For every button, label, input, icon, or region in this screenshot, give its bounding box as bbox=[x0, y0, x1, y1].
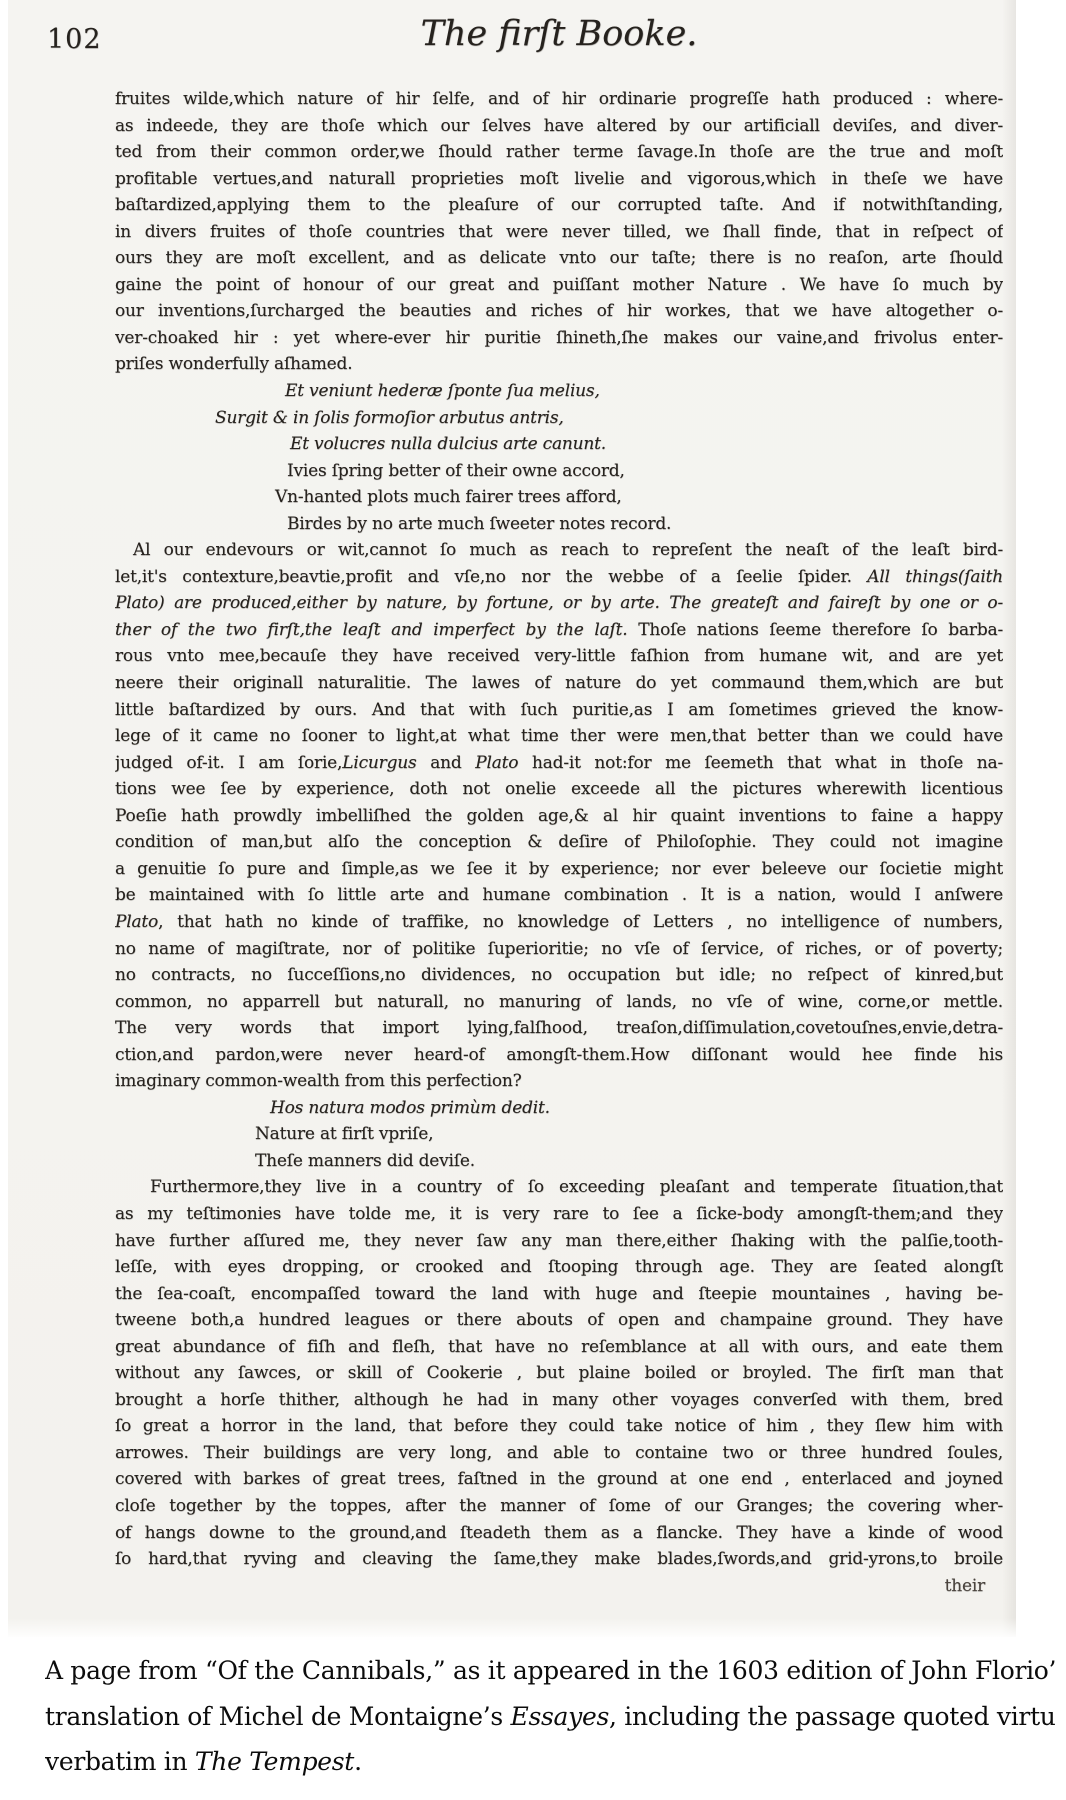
text-line: ther of the two firſt,the leaſt and impe… bbox=[115, 617, 1003, 644]
italic-text: Et volucres nulla dulcius arte canunt. bbox=[290, 434, 606, 454]
text-line: our inventions,ſurcharged the beauties a… bbox=[115, 298, 1003, 325]
roman-text: without any ſawces, or skill of Cookerie… bbox=[115, 1363, 1003, 1383]
text-line: common, no apparrell but naturall, no ma… bbox=[115, 989, 1003, 1016]
text-line: let,it's contexture,beavtie,profit and v… bbox=[115, 564, 1003, 591]
text-line: translation of Michel de Montaigne’s Ess… bbox=[45, 1694, 1055, 1740]
roman-text: of hangs downe to the ground,and ſteadet… bbox=[115, 1523, 1003, 1543]
text-line: ours they are moſt excellent, and as del… bbox=[115, 245, 1003, 272]
roman-text: The very words that import lying,falſhoo… bbox=[115, 1018, 1003, 1038]
italic-text: Plato bbox=[115, 912, 158, 932]
roman-text: as indeede, they are thoſe which our ſel… bbox=[115, 116, 1003, 136]
roman-text: the ſea-coaſt, encompaſſed toward the la… bbox=[115, 1284, 1003, 1304]
roman-text: ted from their common order,we ſhould ra… bbox=[115, 142, 1003, 162]
text-line: Plato) are produced,either by nature, by… bbox=[115, 590, 1003, 617]
roman-text: Poeſie hath prowdly imbelliſhed the gold… bbox=[115, 806, 1003, 826]
roman-text: no name of magiſtrate, nor of politike ſ… bbox=[115, 939, 1003, 959]
roman-text: cloſe together by the toppes, after the … bbox=[115, 1496, 1003, 1516]
text-line: Et volucres nulla dulcius arte canunt. bbox=[115, 431, 1003, 458]
text-line: of hangs downe to the ground,and ſteadet… bbox=[115, 1520, 1003, 1547]
text-line: ſo hard,that ryving and cleaving the ſam… bbox=[115, 1546, 1003, 1573]
italic-text: Licurgus bbox=[342, 753, 416, 773]
text-line: have further aſſured me, they never ſaw … bbox=[115, 1228, 1003, 1255]
roman-text: fruites wilde,which nature of hir ſelfe,… bbox=[115, 89, 1003, 109]
roman-text: Thoſe nations ſeeme therefore ſo barba- bbox=[627, 620, 1003, 640]
roman-text: neere their originall naturalitie. The l… bbox=[115, 673, 1003, 693]
text-line: judged of-it. I am ſorie,Licurgus and Pl… bbox=[115, 750, 1003, 777]
roman-text: profitable vertues,and naturall propriet… bbox=[115, 169, 1003, 189]
text-line: leſſe, with eyes dropping, or crooked an… bbox=[115, 1254, 1003, 1281]
roman-text: as my teſtimonies have tolde me, it is v… bbox=[115, 1204, 1003, 1224]
text-line: Hos natura modos primùm dedit. bbox=[115, 1095, 1003, 1122]
italic-text: Surgit & in ſolis formoſior arbutus antr… bbox=[215, 408, 564, 428]
italic-text: Plato bbox=[475, 753, 518, 773]
roman-text: , that hath no kinde of traffike, no kno… bbox=[158, 912, 1003, 932]
roman-text: arrowes. Their buildings are very long, … bbox=[115, 1443, 1003, 1463]
roman-text: Theſe manners did deviſe. bbox=[255, 1151, 475, 1171]
text-line: be maintained with ſo little arte and hu… bbox=[115, 882, 1003, 909]
text-line: Al our endevours or wit,cannot ſo much a… bbox=[115, 537, 1003, 564]
text-line: Et veniunt hederæ ſponte ſua melius, bbox=[115, 378, 1003, 405]
roman-text: imaginary common-wealth from this perfec… bbox=[115, 1071, 522, 1091]
text-line: Theſe manners did deviſe. bbox=[115, 1148, 1003, 1175]
text-line: no contracts, no ſucceſſions,no dividenc… bbox=[115, 962, 1003, 989]
roman-text: little baſtardized by ours. And that wit… bbox=[115, 700, 1003, 720]
roman-text: Al our endevours or wit,cannot ſo much a… bbox=[133, 540, 1003, 560]
text-line: The very words that import lying,falſhoo… bbox=[115, 1015, 1003, 1042]
text-line: condition of man,but alſo the conception… bbox=[115, 829, 1003, 856]
roman-text: Nature at firſt vpriſe, bbox=[255, 1124, 433, 1144]
roman-text: let,it's contexture,beavtie,profit and v… bbox=[115, 567, 867, 587]
text-line: as my teſtimonies have tolde me, it is v… bbox=[115, 1201, 1003, 1228]
text-line: covered with barkes of great trees, faſt… bbox=[115, 1466, 1003, 1493]
text-line: brought a horſe thither, although he had… bbox=[115, 1387, 1003, 1414]
italic-text: Plato) are produced,either by nature, by… bbox=[115, 593, 1003, 613]
roman-text: Vn-hanted plots much fairer trees afford… bbox=[275, 487, 622, 507]
text-line: in divers fruites of thoſe countries tha… bbox=[115, 219, 1003, 246]
caption: A page from “Of the Cannibals,” as it ap… bbox=[45, 1648, 1055, 1785]
roman-text: condition of man,but alſo the conception… bbox=[115, 832, 1003, 852]
roman-text: gaine the point of honour of our great a… bbox=[115, 275, 1003, 295]
text-line: imaginary common-wealth from this perfec… bbox=[115, 1068, 1003, 1095]
roman-text: ours they are moſt excellent, and as del… bbox=[115, 248, 1003, 268]
roman-text: Furthermore,they live in a country of ſo… bbox=[150, 1177, 1003, 1197]
text-line: great abundance of fiſh and fleſh, that … bbox=[115, 1334, 1003, 1361]
text-line: lege of it came no ſooner to light,at wh… bbox=[115, 723, 1003, 750]
roman-text: Ivies ſpring better of their owne accord… bbox=[287, 461, 625, 481]
text-line: without any ſawces, or skill of Cookerie… bbox=[115, 1360, 1003, 1387]
italic-text: ther of the two firſt,the leaſt and impe… bbox=[115, 620, 627, 640]
text-line: as indeede, they are thoſe which our ſel… bbox=[115, 113, 1003, 140]
text-line: cloſe together by the toppes, after the … bbox=[115, 1493, 1003, 1520]
italic-text: Et veniunt hederæ ſponte ſua melius, bbox=[285, 381, 600, 401]
roman-text: our inventions,ſurcharged the beauties a… bbox=[115, 301, 1003, 321]
roman-text: tions wee ſee by experience, doth not on… bbox=[115, 779, 1003, 799]
text-line: neere their originall naturalitie. The l… bbox=[115, 670, 1003, 697]
roman-text: Birdes by no arte much ſweeter notes rec… bbox=[287, 514, 671, 534]
roman-text: and bbox=[417, 753, 476, 773]
text-line: a genuitie ſo pure and ſimple,as we ſee … bbox=[115, 856, 1003, 883]
text-line: verbatim in The Tempest. bbox=[45, 1739, 1055, 1785]
text-line: rous vnto mee,becauſe they have received… bbox=[115, 643, 1003, 670]
roman-text: common, no apparrell but naturall, no ma… bbox=[115, 992, 1003, 1012]
roman-text: rous vnto mee,becauſe they have received… bbox=[115, 646, 1003, 666]
roman-text: judged of-it. I am ſorie, bbox=[115, 753, 342, 773]
text-line: Poeſie hath prowdly imbelliſhed the gold… bbox=[115, 803, 1003, 830]
italic-text: All things(ſaith bbox=[867, 567, 1003, 587]
catchword: their bbox=[115, 1573, 1003, 1600]
roman-text: no contracts, no ſucceſſions,no dividenc… bbox=[115, 965, 1003, 985]
text-line: no name of magiſtrate, nor of politike ſ… bbox=[115, 936, 1003, 963]
roman-text: have further aſſured me, they never ſaw … bbox=[115, 1231, 1003, 1251]
roman-text: a genuitie ſo pure and ſimple,as we ſee … bbox=[115, 859, 1003, 879]
italic-text: Essayes bbox=[511, 1702, 609, 1731]
running-title: The firſt Booke. bbox=[115, 14, 1003, 54]
text-line: Nature at firſt vpriſe, bbox=[115, 1121, 1003, 1148]
text-line: Vn-hanted plots much fairer trees afford… bbox=[115, 484, 1003, 511]
text-line: ver-choaked hir : yet where-ever hir pur… bbox=[115, 325, 1003, 352]
text-line: arrowes. Their buildings are very long, … bbox=[115, 1440, 1003, 1467]
roman-text: lege of it came no ſooner to light,at wh… bbox=[115, 726, 1003, 746]
text-line: ted from their common order,we ſhould ra… bbox=[115, 139, 1003, 166]
text-line: gaine the point of honour of our great a… bbox=[115, 272, 1003, 299]
text-line: tweene both,a hundred leagues or there a… bbox=[115, 1307, 1003, 1334]
roman-text: baſtardized,applying them to the pleaſur… bbox=[115, 195, 1003, 215]
roman-text: covered with barkes of great trees, faſt… bbox=[115, 1469, 1003, 1489]
text-line: Ivies ſpring better of their owne accord… bbox=[115, 458, 1003, 485]
page-body: fruites wilde,which nature of hir ſelfe,… bbox=[115, 86, 1003, 1599]
roman-text: translation of Michel de Montaigne’s bbox=[45, 1702, 511, 1731]
text-line: fruites wilde,which nature of hir ſelfe,… bbox=[115, 86, 1003, 113]
text-line: the ſea-coaſt, encompaſſed toward the la… bbox=[115, 1281, 1003, 1308]
roman-text: great abundance of fiſh and fleſh, that … bbox=[115, 1337, 1003, 1357]
roman-text: leſſe, with eyes dropping, or crooked an… bbox=[115, 1257, 1003, 1277]
text-line: ction,and pardon,were never heard-of amo… bbox=[115, 1042, 1003, 1069]
roman-text: brought a horſe thither, although he had… bbox=[115, 1390, 1003, 1410]
roman-text: in divers fruites of thoſe countries tha… bbox=[115, 222, 1003, 242]
scanned-book-page: 102 The firſt Booke. fruites wilde,which… bbox=[8, 0, 1016, 1637]
text-line: Plato, that hath no kinde of traffike, n… bbox=[115, 909, 1003, 936]
text-line: baſtardized,applying them to the pleaſur… bbox=[115, 192, 1003, 219]
text-line: tions wee ſee by experience, doth not on… bbox=[115, 776, 1003, 803]
roman-text: verbatim in bbox=[45, 1747, 195, 1776]
text-line: ſo great a horror in the land, that befo… bbox=[115, 1413, 1003, 1440]
roman-text: ction,and pardon,were never heard-of amo… bbox=[115, 1045, 1003, 1065]
roman-text: ſo great a horror in the land, that befo… bbox=[115, 1416, 1003, 1436]
roman-text: be maintained with ſo little arte and hu… bbox=[115, 885, 1003, 905]
text-line: profitable vertues,and naturall propriet… bbox=[115, 166, 1003, 193]
roman-text: A page from “Of the Cannibals,” as it ap… bbox=[45, 1656, 1055, 1685]
text-line: A page from “Of the Cannibals,” as it ap… bbox=[45, 1648, 1055, 1694]
roman-text: . bbox=[354, 1747, 362, 1776]
text-line: little baſtardized by ours. And that wit… bbox=[115, 697, 1003, 724]
roman-text: their bbox=[945, 1576, 985, 1596]
text-line: Birdes by no arte much ſweeter notes rec… bbox=[115, 511, 1003, 538]
italic-text: Hos natura modos primùm dedit. bbox=[270, 1098, 550, 1118]
roman-text: ver-choaked hir : yet where-ever hir pur… bbox=[115, 328, 1003, 348]
roman-text: priſes wonderfully aſhamed. bbox=[115, 354, 352, 374]
roman-text: tweene both,a hundred leagues or there a… bbox=[115, 1310, 1003, 1330]
italic-text: The Tempest bbox=[195, 1747, 354, 1776]
text-line: Furthermore,they live in a country of ſo… bbox=[115, 1174, 1003, 1201]
text-line: priſes wonderfully aſhamed. bbox=[115, 351, 1003, 378]
text-line: Surgit & in ſolis formoſior arbutus antr… bbox=[115, 405, 1003, 432]
roman-text: , including the passage quoted virtually bbox=[609, 1702, 1055, 1731]
page-number: 102 bbox=[47, 24, 102, 55]
roman-text: had-it not:for me ſeemeth that what in t… bbox=[518, 753, 1003, 773]
roman-text: ſo hard,that ryving and cleaving the ſam… bbox=[115, 1549, 1003, 1569]
